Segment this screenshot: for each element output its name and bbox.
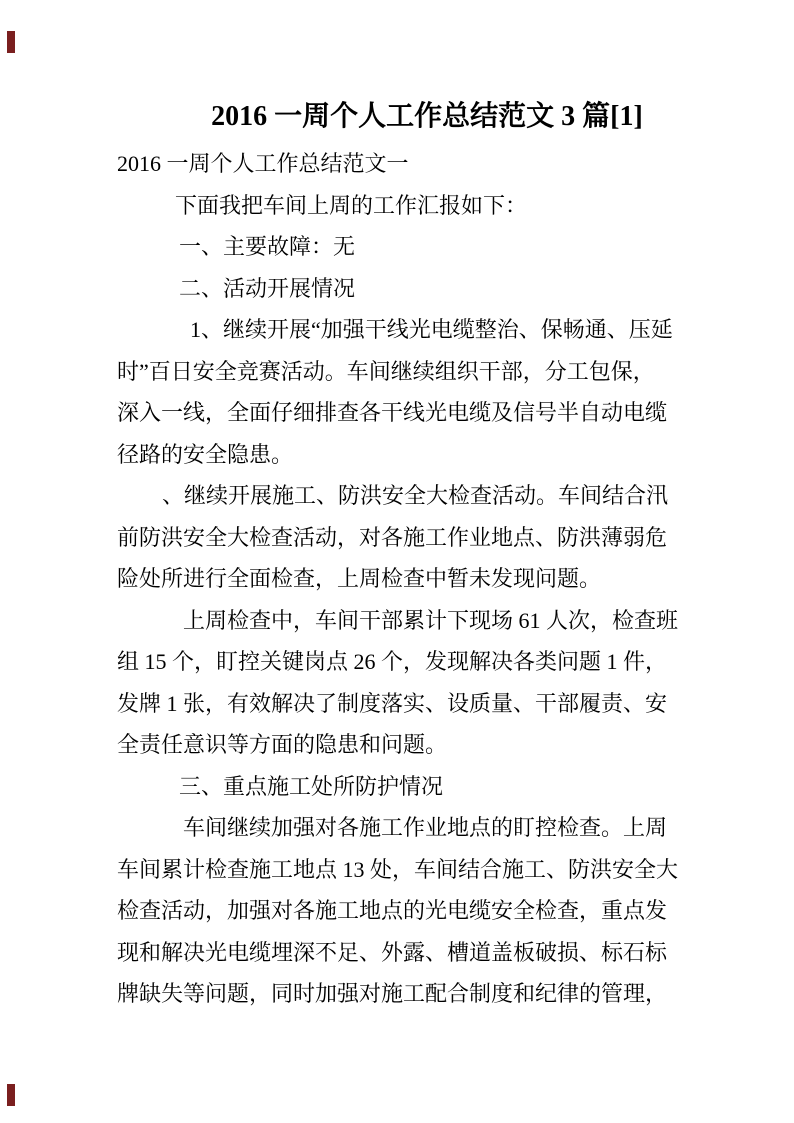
paragraph: 上周检查中，车间干部累计下现场 61 人次，检查班 组 15 个，盯控关键岗点 … <box>117 600 737 766</box>
text-line: 时”百日安全竞赛活动。车间继续组织干部，分工包保， <box>117 351 737 393</box>
text-line: 车间继续加强对各施工作业地点的盯控检查。上周 <box>117 807 737 849</box>
text-line: 二、活动开展情况 <box>117 268 737 310</box>
text-line: 现和解决光电缆埋深不足、外露、槽道盖板破损、标石标 <box>117 932 737 974</box>
text-line: 下面我把车间上周的工作汇报如下： <box>117 185 737 227</box>
text-line: 深入一线，全面仔细排查各干线光电缆及信号半自动电缆 <box>117 392 737 434</box>
text-line: 一、主要故障：无 <box>117 226 737 268</box>
text-line: 径路的安全隐患。 <box>117 434 737 476</box>
document-page: 2016 一周个人工作总结范文 3 篇[1] 2016 一周个人工作总结范文一 … <box>0 0 794 1123</box>
paragraph: 车间继续加强对各施工作业地点的盯控检查。上周 车间累计检查施工地点 13 处，车… <box>117 807 737 1015</box>
text-line: 1、继续开展“加强干线光电缆整治、保畅通、压延 <box>117 309 737 351</box>
text-line: 险处所进行全面检查，上周检查中暂未发现问题。 <box>117 558 737 600</box>
paragraph: 二、活动开展情况 <box>117 268 737 310</box>
text-line: 发牌 1 张，有效解决了制度落实、设质量、干部履责、安 <box>117 683 737 725</box>
paragraph: 、继续开展施工、防洪安全大检查活动。车间结合汛 前防洪安全大检查活动，对各施工作… <box>117 475 737 600</box>
paragraph: 下面我把车间上周的工作汇报如下： <box>117 185 737 227</box>
text-line: 牌缺失等问题，同时加强对施工配合制度和纪律的管理， <box>117 973 737 1015</box>
text-line: 、继续开展施工、防洪安全大检查活动。车间结合汛 <box>117 475 737 517</box>
text-line: 车间累计检查施工地点 13 处，车间结合施工、防洪安全大 <box>117 849 737 891</box>
text-line: 检查活动，加强对各施工地点的光电缆安全检查，重点发 <box>117 890 737 932</box>
document-title: 2016 一周个人工作总结范文 3 篇[1] <box>117 96 737 137</box>
paragraph: 一、主要故障：无 <box>117 226 737 268</box>
text-line: 全责任意识等方面的隐患和问题。 <box>117 724 737 766</box>
text-line: 组 15 个，盯控关键岗点 26 个，发现解决各类问题 1 件， <box>117 641 737 683</box>
scan-artifact-bottom <box>7 1084 15 1106</box>
scan-artifact-top <box>7 31 15 53</box>
paragraph: 三、重点施工处所防护情况 <box>117 766 737 808</box>
text-line: 2016 一周个人工作总结范文一 <box>117 143 737 185</box>
text-line: 三、重点施工处所防护情况 <box>117 766 737 808</box>
paragraph: 2016 一周个人工作总结范文一 <box>117 143 737 185</box>
text-line: 前防洪安全大检查活动，对各施工作业地点、防洪薄弱危 <box>117 517 737 559</box>
paragraph: 1、继续开展“加强干线光电缆整治、保畅通、压延 时”百日安全竞赛活动。车间继续组… <box>117 309 737 475</box>
text-line: 上周检查中，车间干部累计下现场 61 人次，检查班 <box>117 600 737 642</box>
